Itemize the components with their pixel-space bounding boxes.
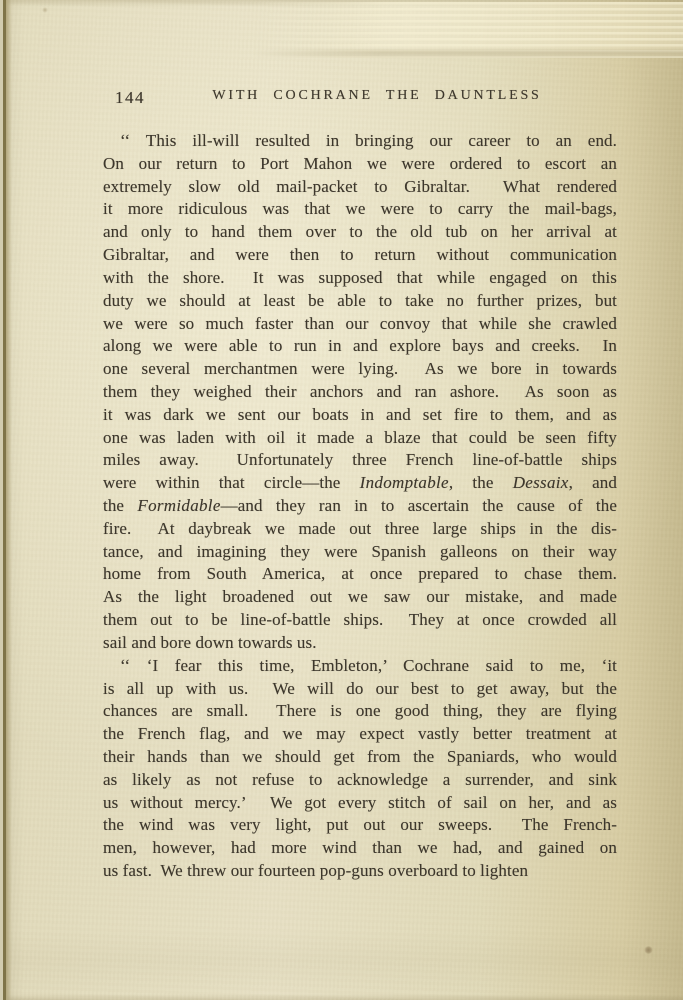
text-segment: is all up with us. We will do our best t… [103,679,617,698]
text-line: is all up with us. We will do our best t… [103,678,617,701]
text-line: us without mercy.’ We got every stitch o… [103,792,617,815]
text-line: On our return to Port Mahon we were orde… [103,153,617,176]
text-line: and only to hand them over to the old tu… [103,221,617,244]
text-line: As the light broadened out we saw our mi… [103,586,617,609]
text-line: the Formidable—and they ran in to ascert… [103,495,617,518]
text-segment: along we were able to run in and explore… [103,336,617,355]
text-segment: were within that circle—the [103,473,360,492]
page-number: 144 [115,88,145,108]
text-segment: ‘‘ This ill-will resulted in bringing ou… [120,131,617,150]
book-page: 144 WITH COCHRANE THE DAUNTLESS ‘‘ This … [0,0,683,1000]
italic-text: Dessaix [513,473,569,492]
text-line: tance, and imagining they were Spanish g… [103,541,617,564]
foxing-spot [42,7,48,13]
text-segment: , the [449,473,513,492]
text-segment: the wind was very light, put out our swe… [103,815,617,834]
text-line: it was dark we sent our boats in and set… [103,404,617,427]
text-segment: us without mercy.’ We got every stitch o… [103,793,617,812]
text-line: home from South America, at once prepare… [103,563,617,586]
text-segment: As the light broadened out we saw our mi… [103,587,617,606]
running-title: WITH COCHRANE THE DAUNTLESS [103,88,617,104]
text-line: the French flag, and we may expect vastl… [103,723,617,746]
text-segment: one was laden with oil it made a blaze t… [103,428,617,447]
text-segment: —and they ran in to ascertain the cause … [221,496,617,515]
text-line: them out to be line-of-battle ships. The… [103,609,617,632]
text-line: chances are small. There is one good thi… [103,700,617,723]
text-line: miles away. Unfortunately three French l… [103,449,617,472]
text-line: ‘‘ ‘I fear this time, Embleton,’ Cochran… [103,655,617,678]
text-segment: miles away. Unfortunately three French l… [103,450,617,469]
text-segment: their hands than we should get from the … [103,747,617,766]
text-segment: them out to be line-of-battle ships. The… [103,610,617,629]
text-segment: On our return to Port Mahon we were orde… [103,154,617,173]
text-segment: men, however, had more wind than we had,… [103,838,617,857]
text-line: sail and bore down towards us. [103,632,617,655]
text-line: one several merchantmen were lying. As w… [103,358,617,381]
text-segment: and only to hand them over to the old tu… [103,222,617,241]
paragraph: ‘‘ This ill-will resulted in bringing ou… [103,130,617,655]
text-line: duty we should at least be able to take … [103,290,617,313]
text-segment: we were so much faster than our convoy t… [103,314,617,333]
text-line: we were so much faster than our convoy t… [103,313,617,336]
italic-text: Indomptable [360,473,449,492]
text-line: extremely slow old mail-packet to Gibral… [103,176,617,199]
text-segment: it more ridiculous was that we were to c… [103,199,617,218]
text-line: their hands than we should get from the … [103,746,617,769]
text-line: were within that circle—the Indomptable,… [103,472,617,495]
scan-streaks [253,2,683,58]
text-segment: extremely slow old mail-packet to Gibral… [103,177,617,196]
text-segment: the French flag, and we may expect vastl… [103,724,617,743]
text-segment: duty we should at least be able to take … [103,291,617,310]
text-line: as likely as not refuse to acknowledge a… [103,769,617,792]
text-segment: us fast. We threw our fourteen pop-guns … [103,861,528,880]
foxing-spot [644,946,653,954]
text-line: Gibraltar, and were then to return witho… [103,244,617,267]
text-segment: Gibraltar, and were then to return witho… [103,245,617,264]
text-segment: the [103,496,137,515]
text-segment: sail and bore down towards us. [103,633,317,652]
text-line: along we were able to run in and explore… [103,335,617,358]
text-line: the wind was very light, put out our swe… [103,814,617,837]
text-segment: it was dark we sent our boats in and set… [103,405,617,424]
page-binding-edge [0,0,12,1000]
text-line: them they weighed their anchors and ran … [103,381,617,404]
text-segment: , and [569,473,617,492]
text-line: with the shore. It was supposed that whi… [103,267,617,290]
text-segment: fire. At daybreak we made out three larg… [103,519,617,538]
text-line: ‘‘ This ill-will resulted in bringing ou… [103,130,617,153]
text-segment: ‘‘ ‘I fear this time, Embleton,’ Cochran… [120,656,617,675]
text-line: one was laden with oil it made a blaze t… [103,427,617,450]
text-line: men, however, had more wind than we had,… [103,837,617,860]
text-line: it more ridiculous was that we were to c… [103,198,617,221]
text-segment: them they weighed their anchors and ran … [103,382,617,401]
text-segment: chances are small. There is one good thi… [103,701,617,720]
text-line: us fast. We threw our fourteen pop-guns … [103,860,617,883]
page-body: ‘‘ This ill-will resulted in bringing ou… [103,130,617,883]
paragraph: ‘‘ ‘I fear this time, Embleton,’ Cochran… [103,655,617,883]
text-segment: as likely as not refuse to acknowledge a… [103,770,617,789]
text-segment: home from South America, at once prepare… [103,564,617,583]
text-line: fire. At daybreak we made out three larg… [103,518,617,541]
text-segment: one several merchantmen were lying. As w… [103,359,617,378]
italic-text: Formidable [137,496,220,515]
text-segment: with the shore. It was supposed that whi… [103,268,617,287]
text-segment: tance, and imagining they were Spanish g… [103,542,617,561]
page-header: 144 WITH COCHRANE THE DAUNTLESS [103,88,617,110]
